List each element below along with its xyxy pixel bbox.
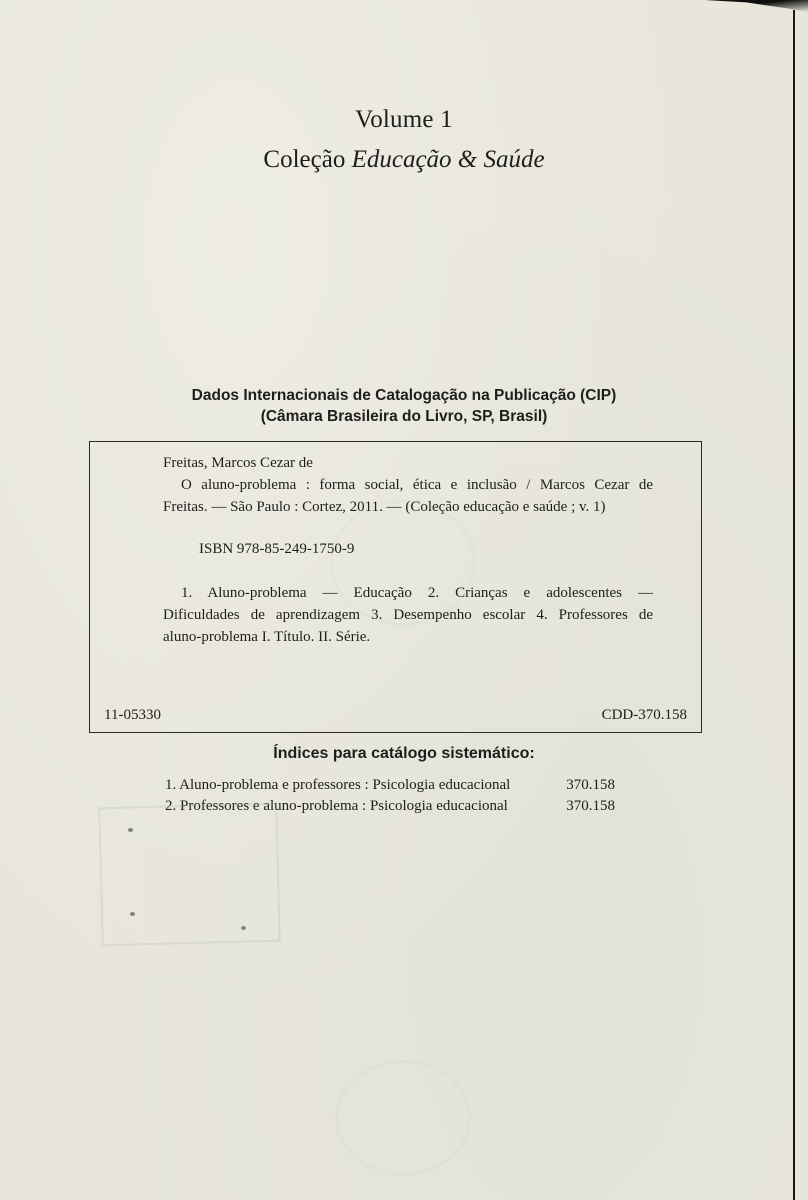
index-entry-code: 370.158 bbox=[566, 775, 615, 796]
index-entry-label: 1. Aluno-problema e professores : Psicol… bbox=[165, 775, 510, 796]
bleed-through-mark bbox=[335, 1060, 471, 1176]
description-line: O aluno-problema : forma social, ética e… bbox=[163, 474, 653, 496]
author-heading: Freitas, Marcos Cezar de bbox=[163, 452, 653, 474]
bleed-through-mark bbox=[330, 500, 476, 626]
faded-library-stamp bbox=[98, 803, 281, 947]
index-heading: Índices para catálogo sistemático: bbox=[0, 745, 808, 763]
collection-title: Coleção Educação & Saúde bbox=[0, 146, 808, 174]
book-page: Volume 1 Coleção Educação & Saúde Dados … bbox=[0, 0, 793, 1200]
ink-speck bbox=[241, 926, 246, 930]
subject-line: aluno-problema I. Título. II. Série. bbox=[163, 626, 653, 648]
control-number: 11-05330 bbox=[104, 707, 161, 724]
cdd-classification: CDD-370.158 bbox=[602, 707, 687, 724]
collection-prefix: Coleção bbox=[263, 146, 351, 173]
cip-heading-line-2: (Câmara Brasileira do Livro, SP, Brasil) bbox=[0, 406, 808, 427]
collection-name: Educação & Saúde bbox=[352, 146, 545, 173]
volume-label: Volume 1 bbox=[0, 106, 808, 134]
index-entry: 1. Aluno-problema e professores : Psicol… bbox=[165, 775, 615, 796]
index-entry-code: 370.158 bbox=[566, 796, 615, 817]
adjacent-page-strip bbox=[795, 10, 808, 1200]
ink-speck bbox=[130, 912, 135, 916]
ink-speck bbox=[128, 828, 133, 832]
cip-heading: Dados Internacionais de Catalogação na P… bbox=[0, 385, 808, 427]
cip-heading-line-1: Dados Internacionais de Catalogação na P… bbox=[0, 385, 808, 406]
